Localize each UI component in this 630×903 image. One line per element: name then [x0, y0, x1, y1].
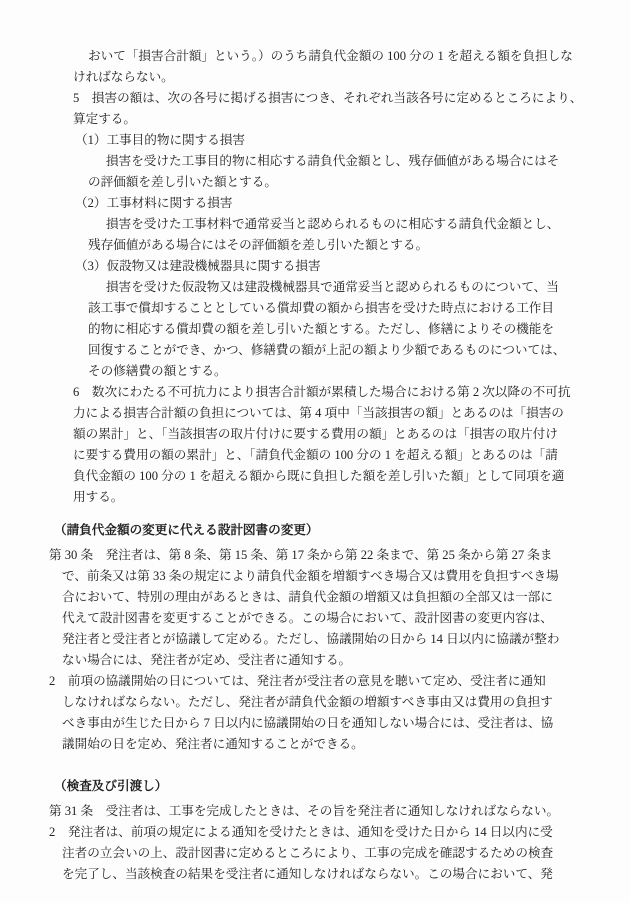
text-line: 第 30 条 発注者は、第 8 条、第 15 条、第 17 条から第 22 条ま…: [0, 545, 630, 566]
text-line: （1）工事目的物に関する損害: [0, 130, 630, 151]
text-line: 2 発注者は、前項の規定による通知を受けたときは、通知を受けた日から 14 日以…: [0, 822, 630, 843]
document-page: おいて「損害合計額」という。）のうち請負代金額の 100 分の 1 を超える額を…: [0, 0, 630, 903]
text-line: 負代金額の 100 分の 1 を超える額から既に負担した額を差し引いた額」として…: [0, 466, 630, 487]
text-line: の評価額を差し引いた額とする。: [0, 172, 630, 193]
text-line: べき事由が生じた日から 7 日以内に協議開始の日を通知しない場合には、受注者は、…: [0, 713, 630, 734]
text-line: 合において、特別の理由があるときは、請負代金額の増額又は負担額の全部又は一部に: [0, 587, 630, 608]
section-heading: （請負代金額の変更に代える設計図書の変更）: [0, 520, 630, 541]
text-line: 2 前項の協議開始の日については、発注者が受注者の意見を聴いて定め、受注者に通知: [0, 671, 630, 692]
section-article-30: （請負代金額の変更に代える設計図書の変更）第 30 条 発注者は、第 8 条、第…: [0, 520, 630, 755]
text-line: 6 数次にわたる不可抗力により損害合計額が累積した場合における第 2 次以降の不…: [0, 382, 630, 403]
text-line: 発注者と受注者とが協議して定める。ただし、協議開始の日から 14 日以内に協議が…: [0, 629, 630, 650]
text-line: 損害を受けた仮設物又は建設機械器具で通常妥当と認められるものについて、当: [0, 277, 630, 298]
section-heading: （検査及び引渡し）: [0, 776, 630, 797]
text-line: おいて「損害合計額」という。）のうち請負代金額の 100 分の 1 を超える額を…: [0, 46, 630, 67]
text-line: を完了し、当該検査の結果を受注者に通知しなければならない。この場合において、発: [0, 864, 630, 885]
text-line: 額の累計」と、「当該損害の取片付けに要する費用の額」とあるのは「損害の取片付け: [0, 424, 630, 445]
text-line: （3）仮設物又は建設機械器具に関する損害: [0, 256, 630, 277]
text-line: 代えて設計図書を変更することができる。この場合において、設計図書の変更内容は、: [0, 608, 630, 629]
text-line: 5 損害の額は、次の各号に掲げる損害につき、それぞれ当該各号に定めるところにより…: [0, 88, 630, 109]
text-line: 力による損害合計額の負担については、第 4 項中「当該損害の額」とあるのは「損害…: [0, 403, 630, 424]
text-line: 回復することができ、かつ、修繕費の額が上記の額より少額であるものについては、: [0, 340, 630, 361]
text-line: 第 31 条 受注者は、工事を完成したときは、その旨を発注者に通知しなければなら…: [0, 801, 630, 822]
text-line: ければならない。: [0, 67, 630, 88]
text-line: 残存価値がある場合にはその評価額を差し引いた額とする。: [0, 235, 630, 256]
text-line: 算定する。: [0, 109, 630, 130]
text-line: 損害を受けた工事目的物に相応する請負代金額とし、残存価値がある場合にはそ: [0, 151, 630, 172]
text-line: 該工事で償却することとしている償却費の額から損害を受けた時点における工作目: [0, 298, 630, 319]
text-line: しなければならない。ただし、発注者が請負代金額の増額すべき事由又は費用の負担す: [0, 692, 630, 713]
text-line: その修繕費の額とする。: [0, 361, 630, 382]
section-article-31: （検査及び引渡し）第 31 条 受注者は、工事を完成したときは、その旨を発注者に…: [0, 776, 630, 885]
text-line: に要する費用の額の累計」と、「請負代金額の 100 分の 1 を超える額」とある…: [0, 445, 630, 466]
text-line: 損害を受けた工事材料で通常妥当と認められるものに相応する請負代金額とし、: [0, 214, 630, 235]
text-line: （2）工事材料に関する損害: [0, 193, 630, 214]
text-line: ない場合には、発注者が定め、受注者に通知する。: [0, 650, 630, 671]
text-line: 注者の立会いの上、設計図書に定めるところにより、工事の完成を確認するための検査: [0, 843, 630, 864]
text-line: 議開始の日を定め、発注者に通知することができる。: [0, 734, 630, 755]
section-article-29-damage-continuation: おいて「損害合計額」という。）のうち請負代金額の 100 分の 1 を超える額を…: [0, 46, 630, 508]
contract-text-body: おいて「損害合計額」という。）のうち請負代金額の 100 分の 1 を超える額を…: [0, 46, 630, 885]
text-line: で、前条又は第 33 条の規定により請負代金額を増額すべき場合又は費用を負担すべ…: [0, 566, 630, 587]
text-line: 的物に相応する償却費の額を差し引いた額とする。ただし、修繕によりその機能を: [0, 319, 630, 340]
text-line: 用する。: [0, 487, 630, 508]
